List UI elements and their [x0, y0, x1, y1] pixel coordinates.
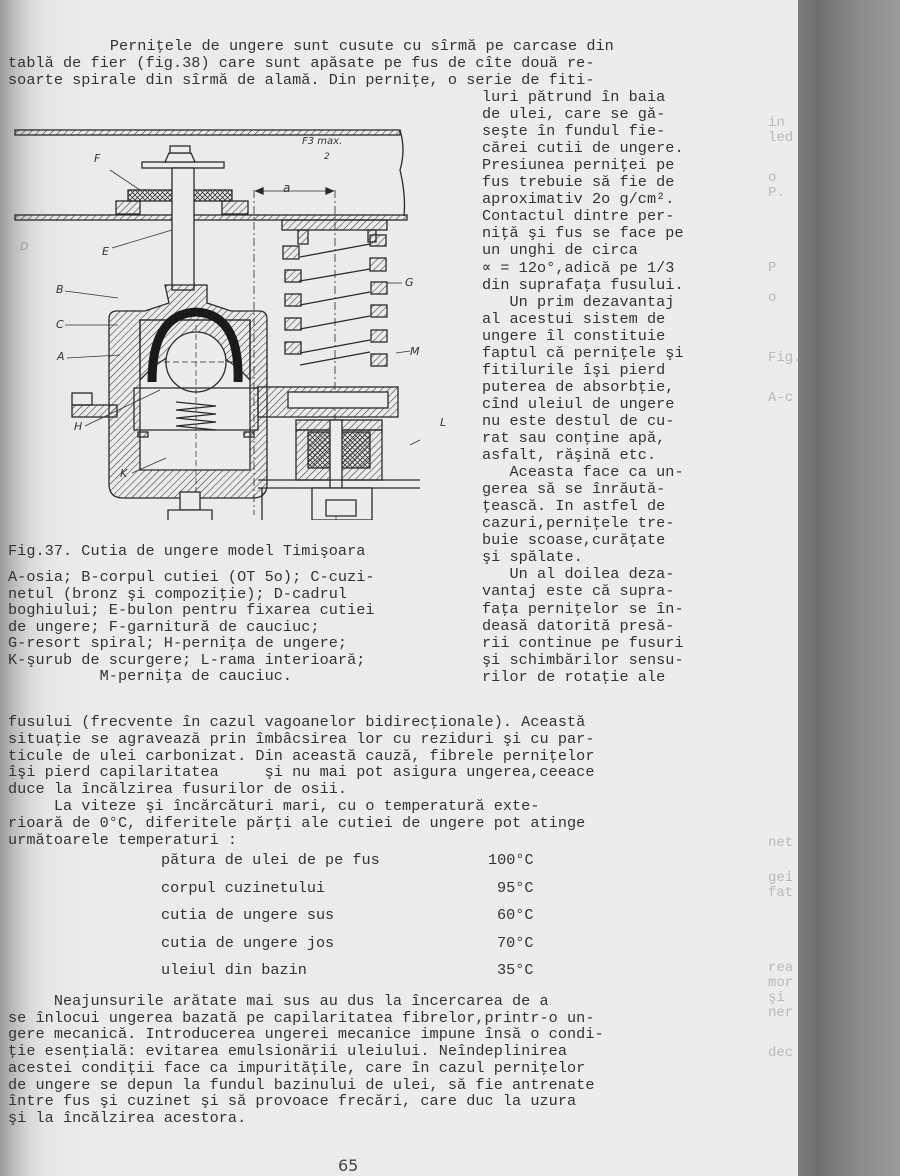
temperature-value: 35°C	[497, 961, 533, 979]
label-M: M	[410, 345, 420, 358]
label-dimension-a: a	[283, 181, 290, 195]
closing-line: acestei condiţii face ca impurităţile, c…	[8, 1060, 585, 1077]
right-column-line: fus trebuie să fie de	[482, 174, 674, 191]
right-column-line: luri pătrund în baia	[482, 89, 665, 106]
caption-line: M-perniţa de cauciuc.	[8, 668, 292, 685]
right-column-line: puterea de absorbţie,	[482, 379, 674, 396]
continuation-line: ticule de ulei carbonizat. Din această c…	[8, 748, 595, 765]
continuation-line: duce la încălzirea fusurilor de osii.	[8, 781, 347, 798]
right-column-line: de ulei, care se gă-	[482, 106, 665, 123]
temperature-part: cutia de ungere jos	[161, 934, 334, 952]
book-gutter-shadow	[798, 0, 900, 1176]
caption-line: netul (bronz şi compoziţie); D-cadrul	[8, 586, 347, 603]
label-D: D	[20, 240, 28, 253]
continuation-line: următoarele temperaturi :	[8, 832, 237, 849]
bleedthrough-fragment: net	[768, 835, 793, 852]
bleedthrough-fragment: dec	[768, 1045, 793, 1062]
right-column-line: Un al doilea deza-	[482, 566, 674, 583]
temperature-value: 95°C	[497, 879, 533, 897]
bleedthrough-fragment: fat	[768, 885, 793, 902]
intro-line-2: tablă de fier (fig.38) care sunt apăsate…	[8, 55, 595, 72]
caption-line: A-osia; B-corpul cutiei (OT 5o); C-cuzi-	[8, 569, 375, 586]
right-column-line: ∝ = 12o°,adică pe 1/3	[482, 260, 674, 277]
label-C: C	[56, 318, 64, 331]
closing-line: de ungere se depun la fundul bazinului d…	[8, 1077, 595, 1094]
right-column-line: şi spălate.	[482, 549, 583, 566]
continuation-line: situaţie se agravează prin îmbâcsirea lo…	[8, 731, 595, 748]
right-column-line: şi schimbărilor sensu-	[482, 652, 684, 669]
page-number: 65	[338, 1156, 358, 1175]
closing-line: se înlocui ungerea bazată pe capilaritat…	[8, 1010, 595, 1027]
label-F: F	[94, 152, 100, 165]
temperature-part: corpul cuzinetului	[161, 879, 325, 897]
caption-line: K-şurub de scurgere; L-rama interioară;	[8, 652, 365, 669]
right-column-line: rilor de rotaţie ale	[482, 669, 665, 686]
right-column-line: rat sau conţine apă,	[482, 430, 665, 447]
closing-line: şi la încălzirea acestora.	[8, 1110, 246, 1127]
label-E: E	[102, 245, 109, 258]
right-column-line: nu este destul de cu-	[482, 413, 674, 430]
right-column-line: asfalt, răşină etc.	[482, 447, 656, 464]
right-column-line: cazuri,perniţele tre-	[482, 515, 674, 532]
right-column-line: rii continue pe fusuri	[482, 635, 684, 652]
caption-line: boghiului; E-bulon pentru fixarea cutiei	[8, 602, 375, 619]
right-column-line: un unghi de circa	[482, 242, 638, 259]
right-column-line: faţa perniţelor se în-	[482, 601, 684, 618]
bleedthrough-fragment: led	[768, 130, 793, 147]
bleedthrough-fragment: A-c	[768, 390, 793, 407]
label-G: G	[405, 276, 414, 289]
figure-caption-title: Fig.37. Cutia de ungere model Timişoara	[8, 543, 365, 560]
right-column-line: vantaj este că supra-	[482, 583, 674, 600]
bleedthrough-fragment: P.	[768, 185, 785, 202]
closing-line: Neajunsurile arătate mai sus au dus la î…	[8, 993, 549, 1010]
right-column-line: Aceasta face ca un-	[482, 464, 684, 481]
temperature-value: 100°C	[488, 851, 534, 869]
continuation-line: rioară de 0°C, diferitele părţi ale cuti…	[8, 815, 585, 832]
right-column-line: cărei cutii de ungere.	[482, 140, 684, 157]
label-H: H	[74, 420, 82, 433]
right-column-line: deasă datorită presă-	[482, 618, 674, 635]
right-column-line: fitilurile îşi pierd	[482, 362, 665, 379]
right-column-line: faptul că perniţele şi	[482, 345, 684, 362]
right-column-line: ungere îl constituie	[482, 328, 665, 345]
label-K: K	[120, 467, 127, 480]
temperature-value: 70°C	[497, 934, 533, 952]
bleedthrough-fragment: Fig.	[768, 350, 802, 367]
figure-lubrication-box-diagram: F E B C A H K G M L D F3 max. 2 a	[0, 120, 420, 520]
right-column-line: Presiunea perniţei pe	[482, 157, 674, 174]
right-column-line: niţă şi fus se face pe	[482, 225, 684, 242]
caption-line: G-resort spiral; H-perniţa de ungere;	[8, 635, 347, 652]
temperature-part: pătura de ulei de pe fus	[161, 851, 380, 869]
bleedthrough-fragment: ner	[768, 1005, 793, 1022]
closing-line: ţie esenţială: evitarea emulsionării ule…	[8, 1043, 567, 1060]
continuation-line: La viteze şi încărcături mari, cu o temp…	[8, 798, 540, 815]
right-column-line: buie scoase,curăţate	[482, 532, 665, 549]
temperature-value: 60°C	[497, 906, 533, 924]
intro-line-3: soarte spirale din sîrmă de alamă. Din p…	[8, 72, 595, 89]
label-B: B	[56, 283, 64, 296]
temperature-part: uleiul din bazin	[161, 961, 307, 979]
caption-line: de ungere; F-garnitură de cauciuc;	[8, 619, 320, 636]
label-force: F3 max.	[302, 136, 342, 147]
bleedthrough-fragment: o	[768, 290, 776, 307]
right-column-line: cînd uleiul de ungere	[482, 396, 674, 413]
label-A: A	[57, 350, 65, 363]
right-column-line: seşte în fundul fie-	[482, 123, 665, 140]
label-L: L	[440, 416, 446, 429]
closing-line: între fus şi cuzinet şi să provoace frec…	[8, 1093, 576, 1110]
right-column-line: din suprafaţa fusului.	[482, 277, 684, 294]
right-column-line: aproximativ 2o g/cm².	[482, 191, 674, 208]
right-column-line: gerea să se înrăută-	[482, 481, 665, 498]
right-column-line: ţească. In astfel de	[482, 498, 665, 515]
continuation-line: fusului (frecvente în cazul vagoanelor b…	[8, 714, 585, 731]
intro-line-1: Perniţele de ungere sunt cusute cu sîrmă…	[64, 38, 614, 55]
label-force-divisor: 2	[324, 152, 330, 162]
closing-line: gere mecanică. Introducerea ungerei meca…	[8, 1026, 604, 1043]
continuation-line: îşi pierd capilaritatea şi nu mai pot as…	[8, 764, 595, 781]
bleedthrough-fragment: P	[768, 260, 776, 277]
right-column-line: al acestui sistem de	[482, 311, 665, 328]
right-column-line: Un prim dezavantaj	[482, 294, 674, 311]
right-column-line: Contactul dintre per-	[482, 208, 674, 225]
temperature-part: cutia de ungere sus	[161, 906, 334, 924]
